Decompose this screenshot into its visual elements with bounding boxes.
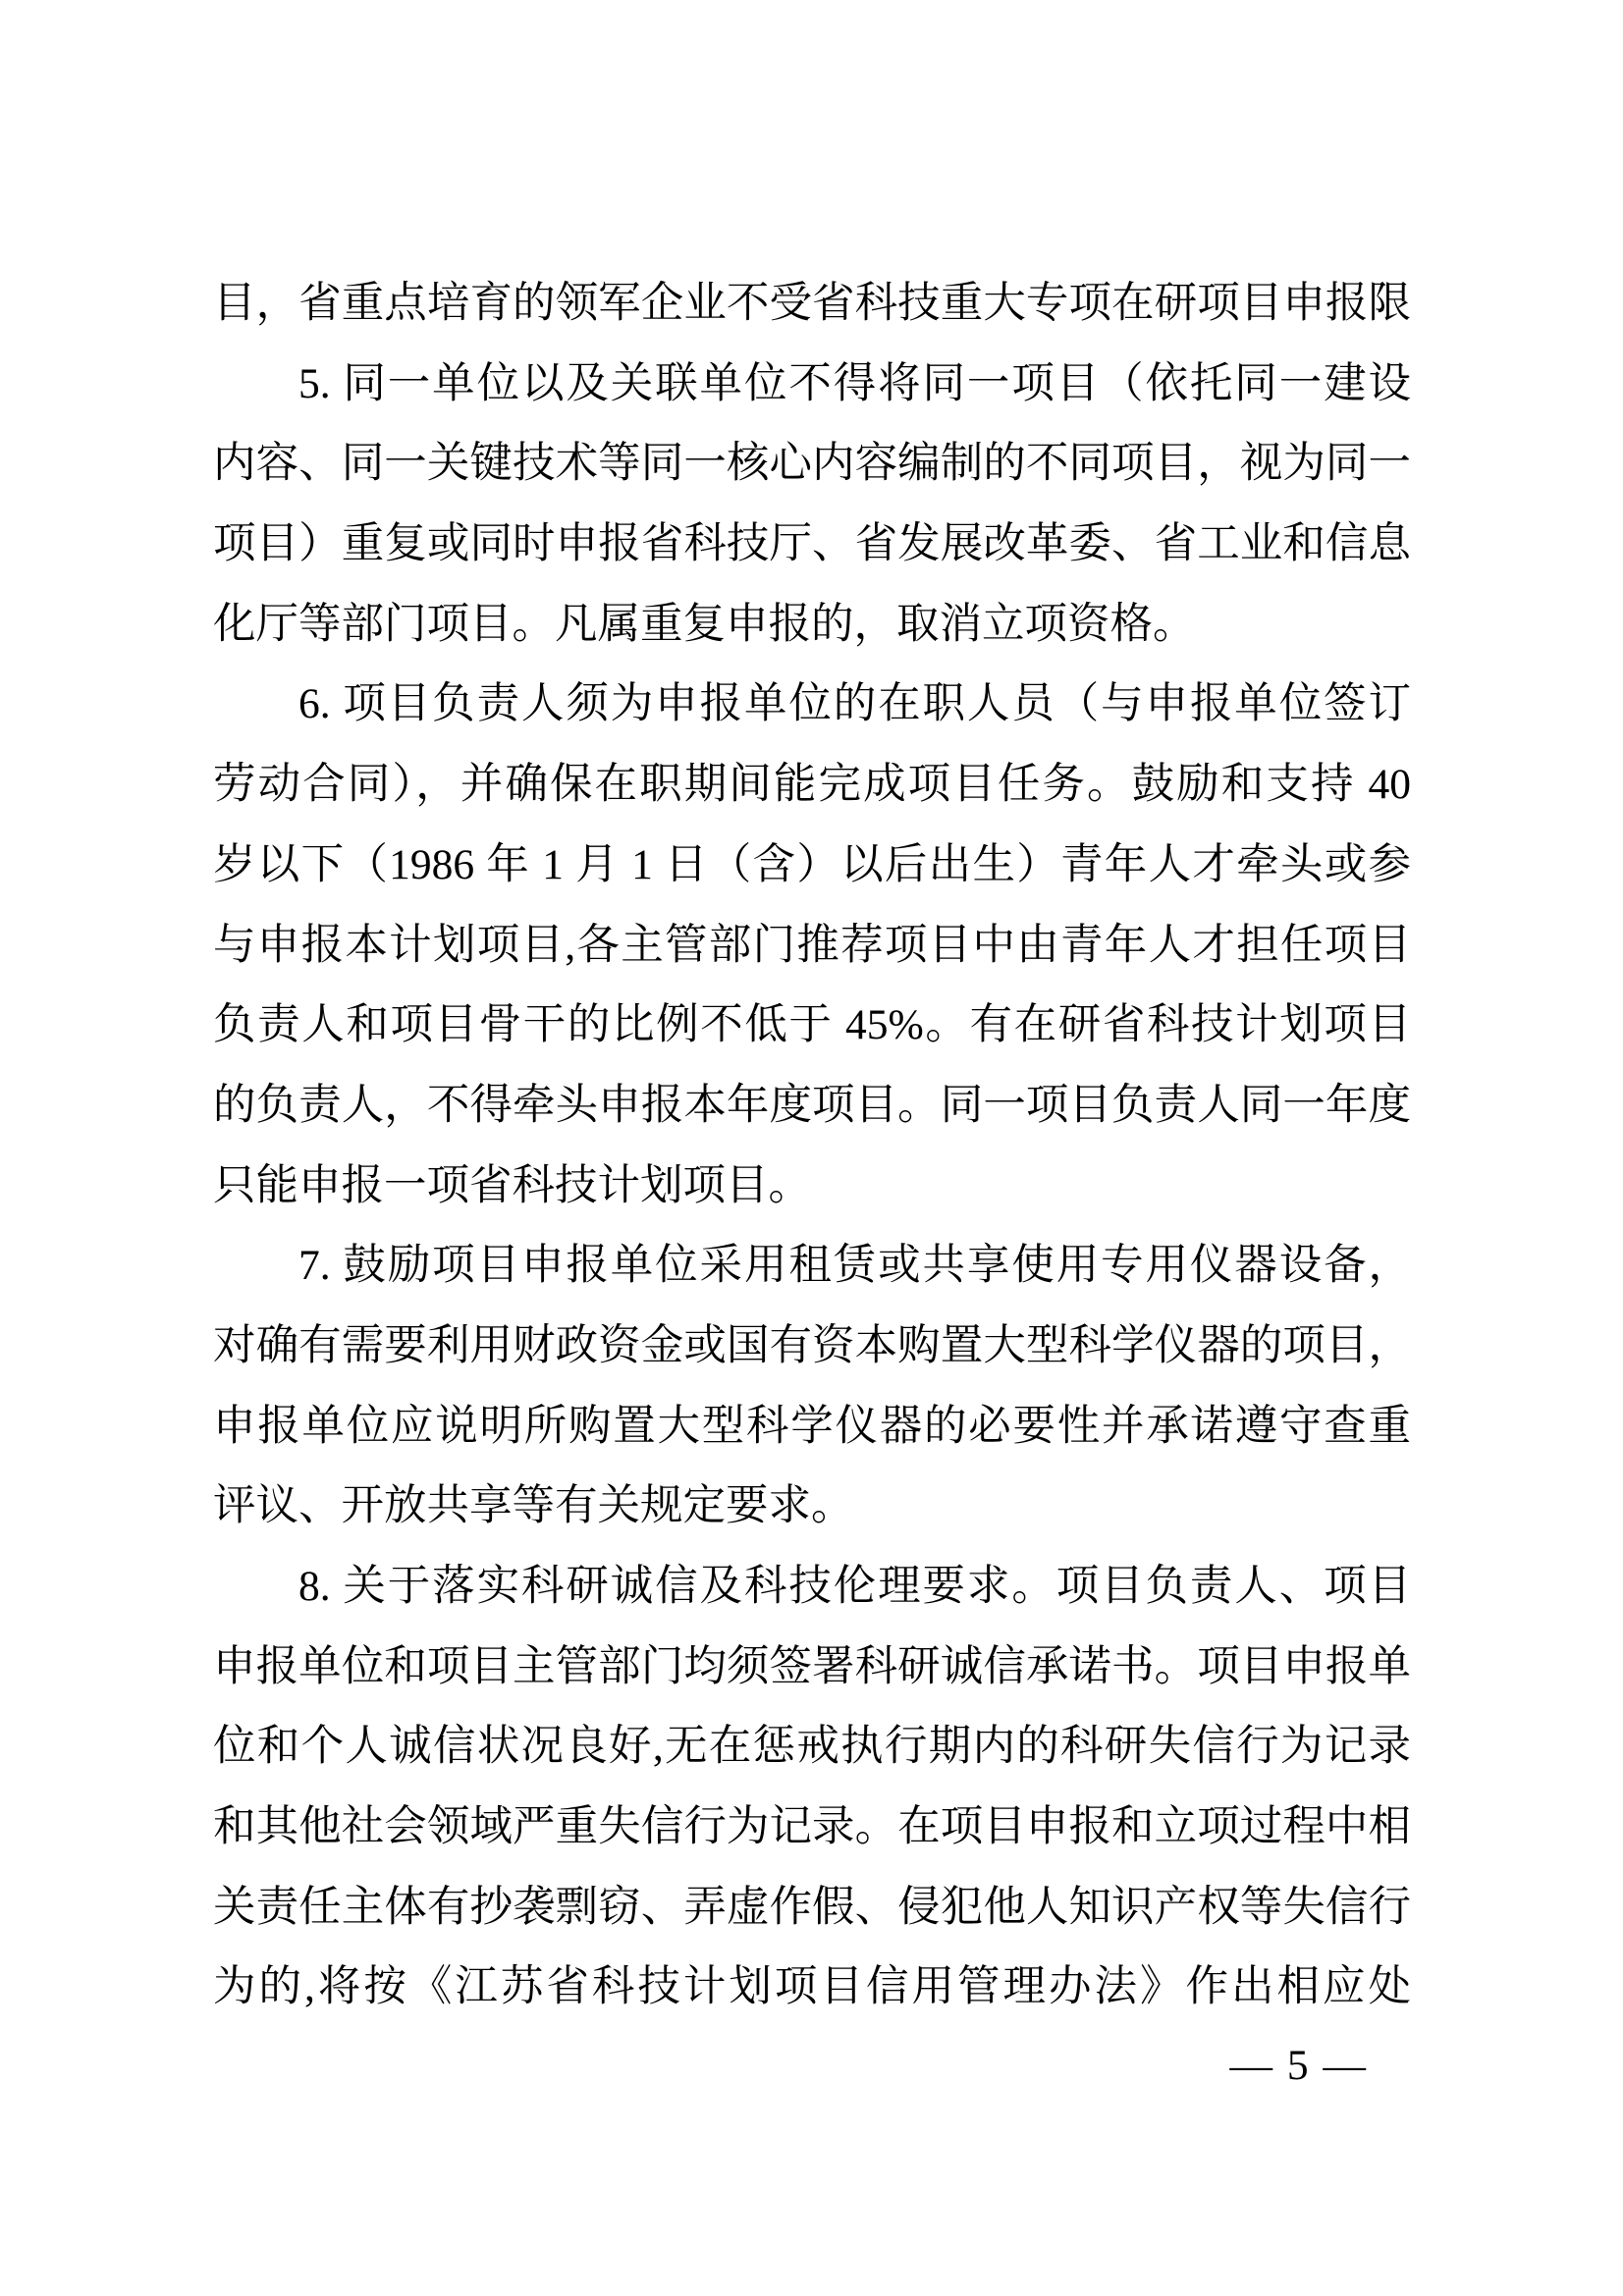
text-line: 7. 鼓励项目申报单位采用租赁或共享使用专用仪器设备， (213, 1226, 1411, 1307)
text-line: 只能申报一项省科技计划项目。 (213, 1147, 1411, 1227)
text-line: 项目）重复或同时申报省科技厅、省发展改革委、省工业和信息 (213, 505, 1411, 585)
text-line: 的负责人，不得牵头申报本年度项目。同一项目负责人同一年度 (213, 1066, 1411, 1147)
text-line: 负责人和项目骨干的比例不低于 45%。有在研省科技计划项目 (213, 986, 1411, 1066)
text-line: 与申报本计划项目,各主管部门推荐项目中由青年人才担任项目 (213, 906, 1411, 987)
text-line: 岁以下（1986 年 1 月 1 日（含）以后出生）青年人才牵头或参 (213, 826, 1411, 906)
text-line: 位和个人诚信状况良好,无在惩戒执行期内的科研失信行为记录 (213, 1707, 1411, 1788)
text-line: 对确有需要利用财政资金或国有资本购置大型科学仪器的项目， (213, 1307, 1411, 1387)
text-line: 内容、同一关键技术等同一核心内容编制的不同项目，视为同一 (213, 424, 1411, 505)
text-line: 目，省重点培育的领军企业不受省科技重大专项在研项目申报限制。 (213, 264, 1411, 345)
text-line: 为的,将按《江苏省科技计划项目信用管理办法》作出相应处理。 (213, 1948, 1411, 2028)
page-number: — 5 — (1230, 2041, 1369, 2090)
text-line: 关责任主体有抄袭剽窃、弄虚作假、侵犯他人知识产权等失信行 (213, 1868, 1411, 1949)
text-line: 6. 项目负责人须为申报单位的在职人员（与申报单位签订 (213, 665, 1411, 745)
text-line: 劳动合同），并确保在职期间能完成项目任务。鼓励和支持 40 (213, 745, 1411, 826)
text-line: 化厅等部门项目。凡属重复申报的，取消立项资格。 (213, 585, 1411, 666)
document-page: 目，省重点培育的领军企业不受省科技重大专项在研项目申报限制。5. 同一单位以及关… (0, 0, 1623, 2296)
text-line: 8. 关于落实科研诚信及科技伦理要求。项目负责人、项目 (213, 1547, 1411, 1628)
text-line: 申报单位应说明所购置大型科学仪器的必要性并承诺遵守查重 (213, 1387, 1411, 1468)
body-text: 目，省重点培育的领军企业不受省科技重大专项在研项目申报限制。5. 同一单位以及关… (213, 264, 1411, 2028)
text-line: 和其他社会领域严重失信行为记录。在项目申报和立项过程中相 (213, 1788, 1411, 1868)
text-line: 申报单位和项目主管部门均须签署科研诚信承诺书。项目申报单 (213, 1628, 1411, 1708)
text-line: 5. 同一单位以及关联单位不得将同一项目（依托同一建设 (213, 345, 1411, 425)
text-line: 评议、开放共享等有关规定要求。 (213, 1467, 1411, 1547)
